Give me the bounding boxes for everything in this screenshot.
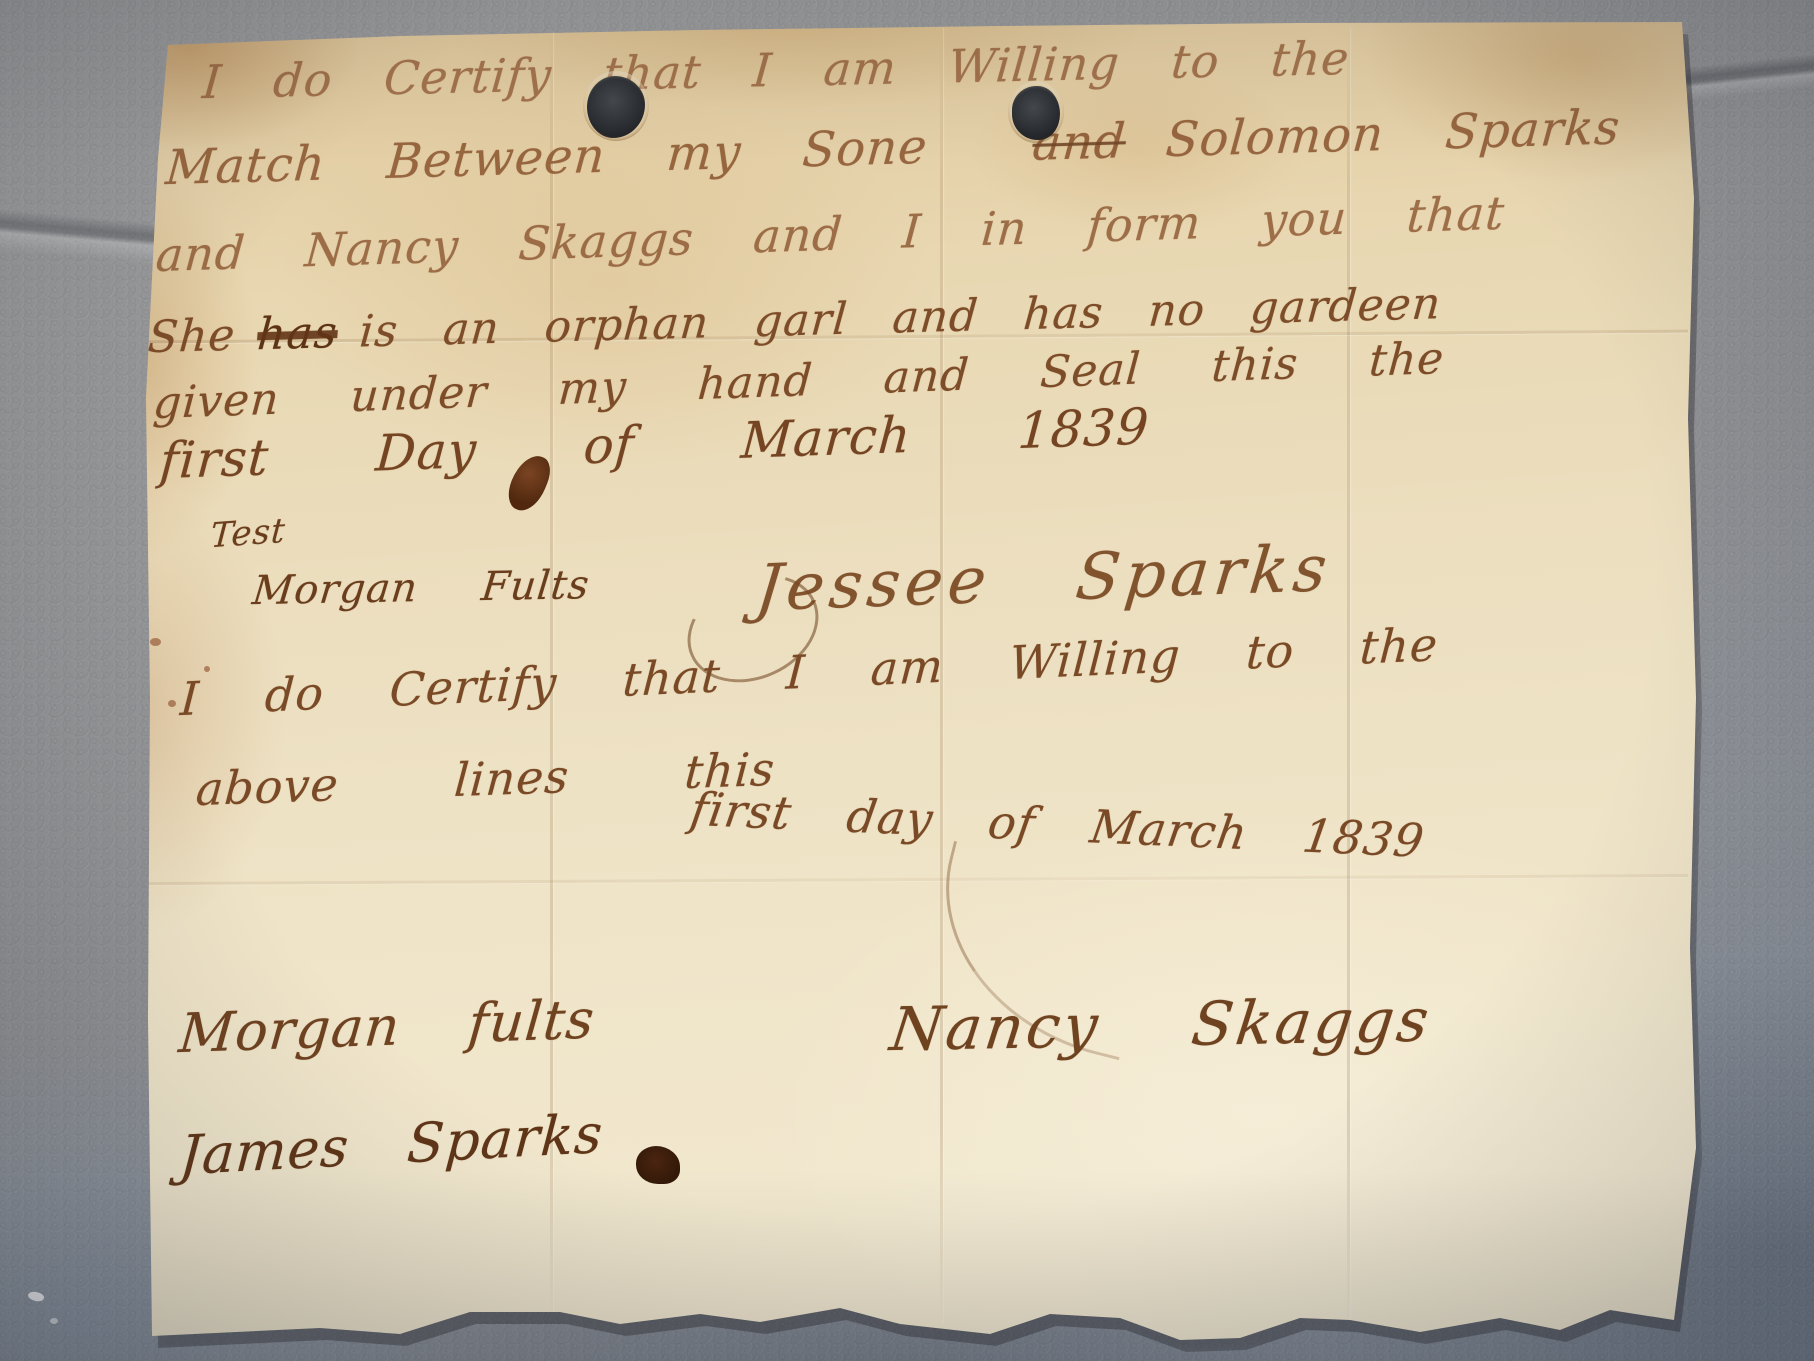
witness-signature-james-sparks: James Sparks (178, 1102, 606, 1188)
letter-line-1: I do Certify that I am Willing to the (200, 31, 1351, 109)
letter2-line-3-date: first day of March 1839 (687, 782, 1428, 868)
paint-speck-2 (50, 1318, 58, 1324)
test-label: Test (209, 511, 287, 557)
witness-name-morgan-fults: Morgan Fults (250, 562, 592, 614)
witness-signature-morgan-fults: Morgan fults (176, 987, 597, 1065)
paint-speck-1 (27, 1290, 45, 1304)
letter-paper: I do Certify that I am Willing to the Ma… (140, 18, 1700, 1348)
ink-speck-3 (204, 666, 210, 672)
ink-speck-1 (150, 638, 161, 646)
signature-nancy-skaggs: Nancy Skaggs (886, 986, 1435, 1066)
ink-blot-2 (636, 1146, 680, 1184)
line-2-name: Solomon Sparks (1164, 99, 1623, 168)
line-2-text: Match Between my Sone (164, 119, 930, 196)
letter-line-3: and Nancy Skaggs and I in form you that (154, 186, 1507, 283)
punch-hole-left (587, 76, 645, 138)
signature-jessee-sparks: Jessee Sparks (752, 532, 1335, 626)
punch-hole-right (1012, 86, 1060, 140)
letter-line-2: Match Between my SoneandSolomon Sparks (164, 99, 1623, 196)
letter2-line-2: above lines this (194, 742, 777, 816)
photo-scene: I do Certify that I am Willing to the Ma… (0, 0, 1814, 1361)
ink-speck-2 (168, 700, 176, 707)
line-4-text: She (146, 310, 238, 363)
strikethrough-word-has: has (255, 307, 339, 360)
fold-crease-horizontal-2 (148, 874, 1688, 885)
